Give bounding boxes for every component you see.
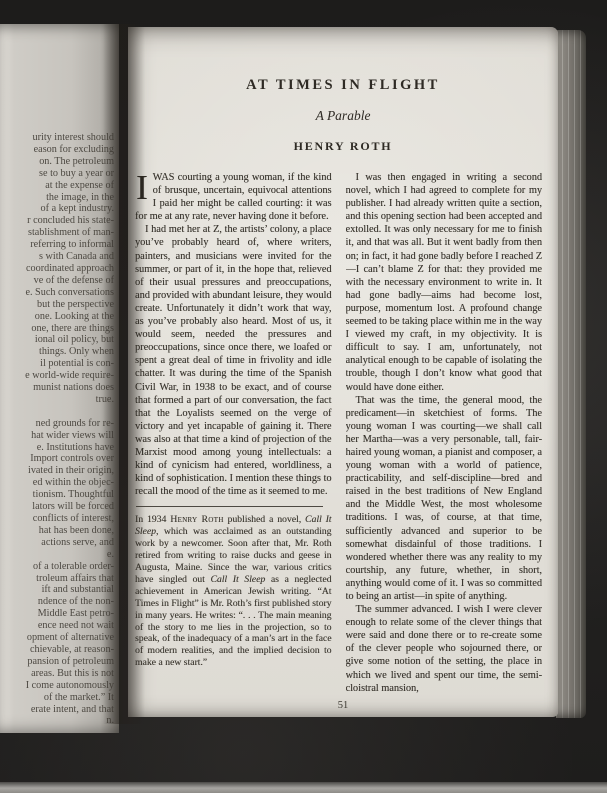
article-subtitle: A Parable xyxy=(128,107,558,125)
text-columns: IWAS courting a young woman, if the kind… xyxy=(128,153,558,695)
paragraph: I had met her at Z, the artists’ colony,… xyxy=(135,223,332,498)
footnote-text: as a neglected achievement in American J… xyxy=(135,574,332,668)
paragraph: The summer advanced. I wish I were cleve… xyxy=(346,603,543,695)
book-page: AT TIMES IN FLIGHT A Parable HENRY ROTH … xyxy=(128,27,558,717)
left-column: IWAS courting a young woman, if the kind… xyxy=(135,171,332,695)
footnote-text: published a novel, xyxy=(224,514,305,525)
paragraph: IWAS courting a young woman, if the kind… xyxy=(135,171,332,223)
right-column: I was then engaged in writing a second n… xyxy=(346,171,543,695)
previous-page-text-fragment: urity interest should eason for excludin… xyxy=(0,132,114,727)
paragraph: I was then engaged in writing a second n… xyxy=(346,171,543,394)
book-gutter-shadow xyxy=(103,24,145,724)
article-title: AT TIMES IN FLIGHT xyxy=(128,77,558,94)
footnote-rule xyxy=(136,506,323,507)
page-number: 51 xyxy=(128,700,558,711)
footnote-author-name: Henry Roth xyxy=(170,514,223,525)
article-header: AT TIMES IN FLIGHT A Parable HENRY ROTH xyxy=(128,27,558,153)
book-photo: urity interest should eason for excludin… xyxy=(0,0,607,793)
page-edge-stack xyxy=(556,30,586,718)
previous-page: urity interest should eason for excludin… xyxy=(0,24,119,733)
footnote-book-title: Call It Sleep xyxy=(210,574,265,585)
article-author: HENRY ROTH xyxy=(128,139,558,153)
footnote: In 1934 Henry Roth published a novel, Ca… xyxy=(135,514,332,669)
table-surface xyxy=(0,782,607,793)
paragraph-text: WAS courting a young woman, if the kind … xyxy=(135,172,332,222)
paragraph: That was the time, the general mood, the… xyxy=(346,394,543,604)
